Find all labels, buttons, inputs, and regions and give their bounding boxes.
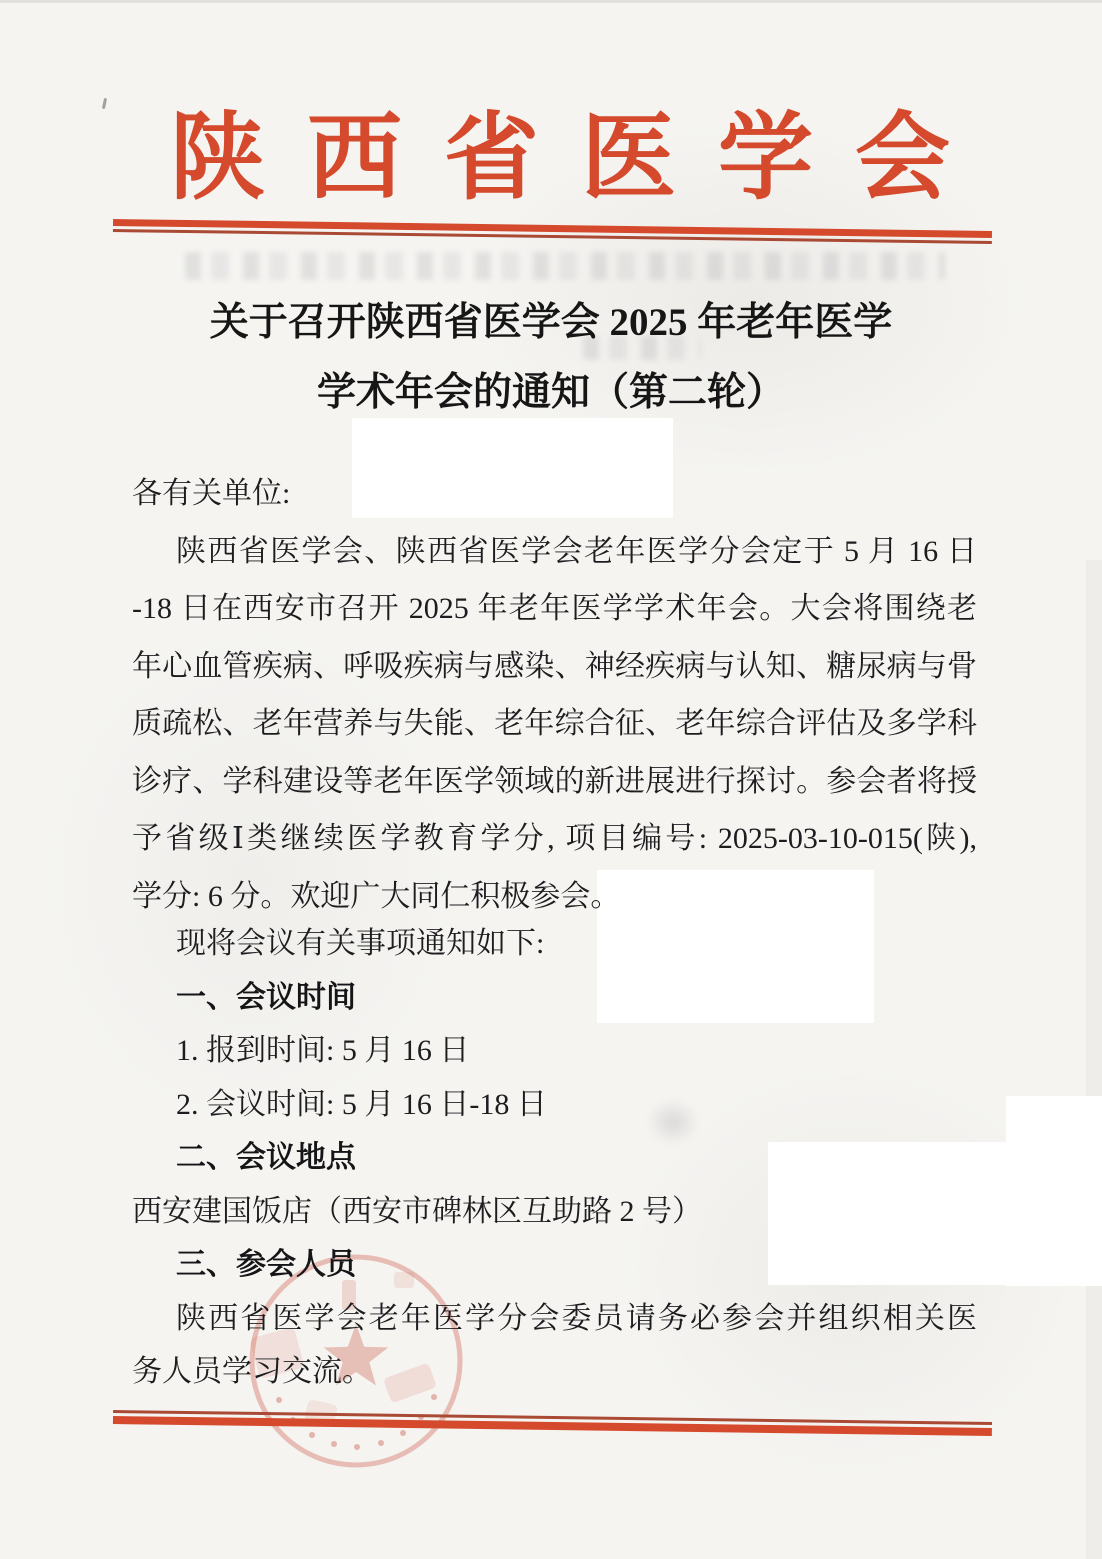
item-meeting-time: 2. 会议时间: 5 月 16 日-18 日 [132,1078,977,1132]
section-heading-attendees: 三、参会人员 [132,1238,977,1292]
scan-speck [102,98,107,109]
red-divider-bottom [113,1410,992,1436]
section-heading-venue: 二、会议地点 [132,1131,977,1185]
venue-line: 西安建国饭店（西安市碑林区互助路 2 号） [132,1185,977,1239]
para-line: 陕西省医学会、陕西省医学会老年医学分会定于 5 月 16 日 [132,523,977,581]
letterhead-org-name: 陕西省医学会 [170,110,992,207]
scanner-edge-right [1086,560,1102,1559]
para-line: 现将会议有关事项通知如下: [132,917,977,971]
section-heading-time: 一、会议时间 [132,971,977,1025]
para-line: 年心血管疾病、呼吸疾病与感染、神经疾病与认知、糖尿病与骨 [132,638,977,696]
para-line: -18 日在西安市召开 2025 年老年医学学术年会。大会将围绕老 [132,580,977,638]
whiteout-patch [1006,1096,1102,1286]
para-line: 质疏松、老年营养与失能、老年综合征、老年综合评估及多学科 [132,695,977,753]
salutation: 各有关单位: [132,465,977,523]
notice-title-line1: 关于召开陕西省医学会 2025 年老年医学 [0,288,1102,358]
para-line: 诊疗、学科建设等老年医学领域的新进展进行探讨。参会者将授 [132,753,977,811]
para-line: 务人员学习交流。 [132,1345,977,1399]
notice-title: 关于召开陕西省医学会 2025 年老年医学 学术年会的通知（第二轮） [0,288,1102,428]
para-line: 予省级Ⅰ类继续医学教育学分, 项目编号: 2025-03-10-015(陕), [132,810,977,868]
scanned-notice-page: 陕西省医学会 关于召开陕西省医学会 2025 年老年医学 学术年会的通知（第二轮… [0,0,1102,1559]
item-checkin-time: 1. 报到时间: 5 月 16 日 [132,1024,977,1078]
body-text-block-1: 各有关单位: 陕西省医学会、陕西省医学会老年医学分会定于 5 月 16 日 -1… [132,465,977,925]
para-line: 陕西省医学会老年医学分会委员请务必参会并组织相关医 [132,1292,977,1346]
scanner-edge-top [0,0,1102,3]
notice-title-line2: 学术年会的通知（第二轮） [0,358,1102,428]
red-divider-top [113,219,992,244]
body-text-block-2: 现将会议有关事项通知如下: 一、会议时间 1. 报到时间: 5 月 16 日 2… [132,917,977,1399]
bleed-through-ghost-text [185,252,945,280]
